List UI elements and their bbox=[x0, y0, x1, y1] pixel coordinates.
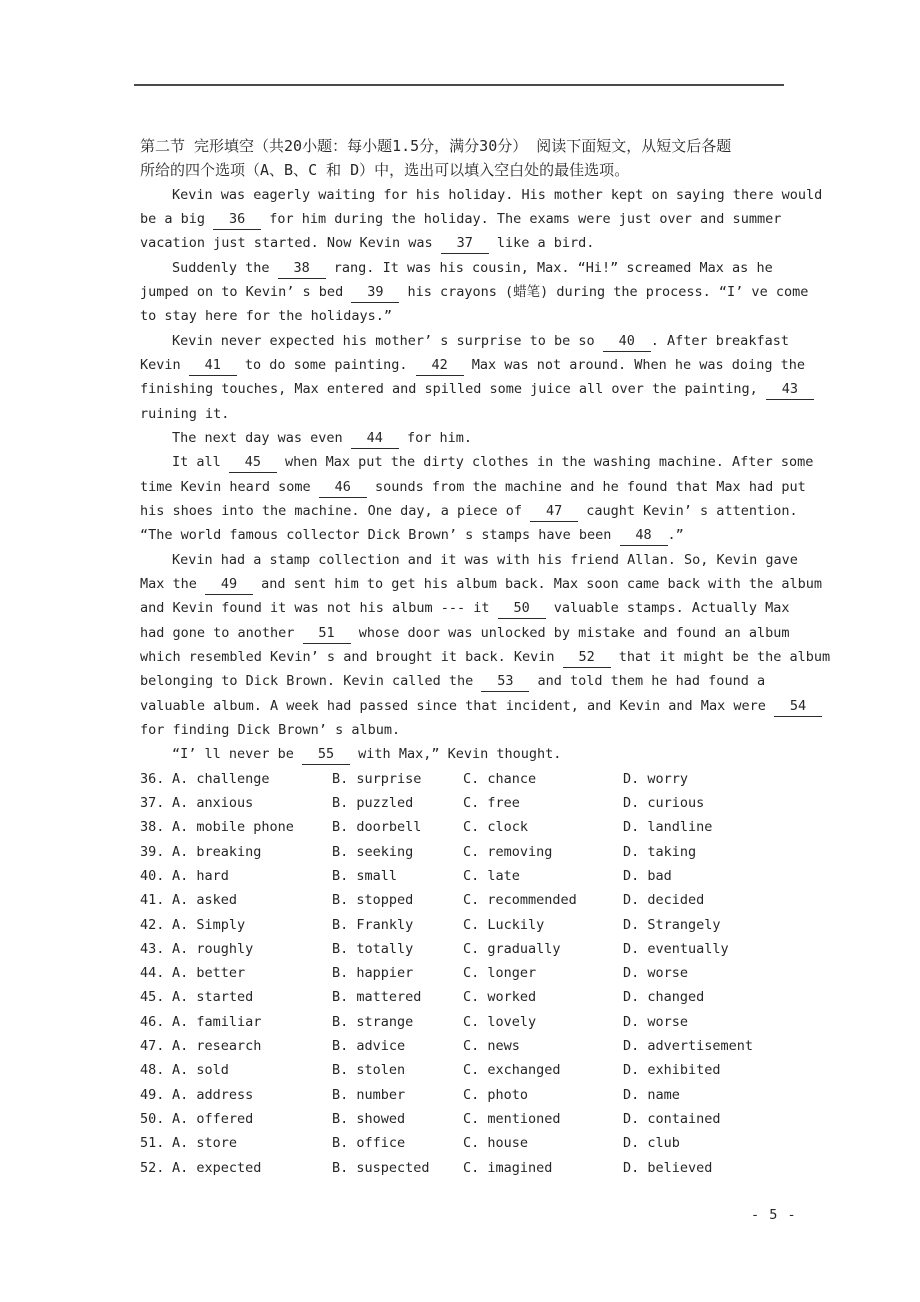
cloze-blank-55: 55 bbox=[302, 745, 350, 765]
choice-c: C. removing bbox=[463, 840, 623, 864]
choice-d: D. worse bbox=[623, 1010, 810, 1034]
choice-c: C. free bbox=[463, 791, 623, 815]
choice-b: B. strange bbox=[332, 1010, 463, 1034]
option-row-36: 36.A. challengeB. surpriseC. chanceD. wo… bbox=[140, 767, 810, 791]
choice-b: B. suspected bbox=[332, 1156, 463, 1180]
choice-b: B. Frankly bbox=[332, 913, 463, 937]
choice-b: B. small bbox=[332, 864, 463, 888]
cloze-blank-37: 37 bbox=[441, 234, 489, 254]
option-row-46: 46.A. familiarB. strangeC. lovelyD. wors… bbox=[140, 1010, 810, 1034]
passage-line: The next day was even 44 for him. bbox=[140, 426, 810, 450]
choice-b: B. stolen bbox=[332, 1058, 463, 1082]
cloze-blank-48: 48 bbox=[620, 526, 668, 546]
choice-d: D. curious bbox=[623, 791, 810, 815]
header-rule bbox=[134, 84, 784, 86]
passage-line: Kevin had a stamp collection and it was … bbox=[140, 548, 810, 572]
passage-line: for finding Dick Brown’ s album. bbox=[140, 718, 810, 742]
cloze-passage: Kevin was eagerly waiting for his holida… bbox=[140, 183, 810, 767]
choice-a: A. anxious bbox=[172, 791, 332, 815]
section-title-line1: 第二节 完形填空（共20小题：每小题1.5分，满分30分） 阅读下面短文，从短文… bbox=[140, 134, 810, 158]
passage-line: his shoes into the machine. One day, a p… bbox=[140, 499, 810, 523]
option-row-40: 40.A. hardB. smallC. lateD. bad bbox=[140, 864, 810, 888]
passage-line: Kevin never expected his mother’ s surpr… bbox=[140, 329, 810, 353]
option-row-39: 39.A. breakingB. seekingC. removingD. ta… bbox=[140, 840, 810, 864]
passage-line: Max the 49 and sent him to get his album… bbox=[140, 572, 810, 596]
question-number: 49. bbox=[140, 1083, 172, 1107]
choice-d: D. name bbox=[623, 1083, 810, 1107]
choice-a: A. research bbox=[172, 1034, 332, 1058]
options-list: 36.A. challengeB. surpriseC. chanceD. wo… bbox=[140, 767, 810, 1181]
cloze-blank-41: 41 bbox=[189, 356, 237, 376]
passage-line: time Kevin heard some 46 sounds from the… bbox=[140, 475, 810, 499]
option-row-48: 48.A. soldB. stolenC. exchangedD. exhibi… bbox=[140, 1058, 810, 1082]
choice-a: A. asked bbox=[172, 888, 332, 912]
choice-c: C. clock bbox=[463, 815, 623, 839]
question-number: 51. bbox=[140, 1131, 172, 1155]
passage-line: vacation just started. Now Kevin was 37 … bbox=[140, 231, 810, 255]
passage-line: ruining it. bbox=[140, 402, 810, 426]
choice-a: A. roughly bbox=[172, 937, 332, 961]
choice-d: D. believed bbox=[623, 1156, 810, 1180]
question-number: 40. bbox=[140, 864, 172, 888]
choice-c: C. gradually bbox=[463, 937, 623, 961]
choice-c: C. longer bbox=[463, 961, 623, 985]
passage-line: which resembled Kevin’ s and brought it … bbox=[140, 645, 810, 669]
question-number: 46. bbox=[140, 1010, 172, 1034]
option-row-43: 43.A. roughlyB. totallyC. graduallyD. ev… bbox=[140, 937, 810, 961]
choice-b: B. seeking bbox=[332, 840, 463, 864]
choice-d: D. contained bbox=[623, 1107, 810, 1131]
choice-b: B. surprise bbox=[332, 767, 463, 791]
choice-a: A. address bbox=[172, 1083, 332, 1107]
passage-line: Kevin was eagerly waiting for his holida… bbox=[140, 183, 810, 207]
choice-c: C. recommended bbox=[463, 888, 623, 912]
page-number: - 5 - bbox=[751, 1203, 797, 1227]
option-row-42: 42.A. SimplyB. FranklyC. LuckilyD. Stran… bbox=[140, 913, 810, 937]
choice-b: B. mattered bbox=[332, 985, 463, 1009]
choice-b: B. doorbell bbox=[332, 815, 463, 839]
cloze-blank-46: 46 bbox=[319, 478, 367, 498]
cloze-blank-51: 51 bbox=[303, 624, 351, 644]
choice-c: C. photo bbox=[463, 1083, 623, 1107]
option-row-38: 38.A. mobile phoneB. doorbellC. clockD. … bbox=[140, 815, 810, 839]
passage-line: be a big 36 for him during the holiday. … bbox=[140, 207, 810, 231]
question-number: 52. bbox=[140, 1156, 172, 1180]
choice-d: D. club bbox=[623, 1131, 810, 1155]
cloze-blank-54: 54 bbox=[774, 697, 822, 717]
choice-b: B. showed bbox=[332, 1107, 463, 1131]
choice-d: D. worry bbox=[623, 767, 810, 791]
passage-line: valuable album. A week had passed since … bbox=[140, 694, 810, 718]
page-content: 第二节 完形填空（共20小题：每小题1.5分，满分30分） 阅读下面短文，从短文… bbox=[140, 134, 810, 1180]
choice-d: D. taking bbox=[623, 840, 810, 864]
option-row-47: 47.A. researchB. adviceC. newsD. adverti… bbox=[140, 1034, 810, 1058]
passage-line: had gone to another 51 whose door was un… bbox=[140, 621, 810, 645]
section-title-line2: 所给的四个选项（A、B、C 和 D）中，选出可以填入空白处的最佳选项。 bbox=[140, 158, 810, 182]
choice-a: A. challenge bbox=[172, 767, 332, 791]
cloze-blank-50: 50 bbox=[498, 599, 546, 619]
choice-d: D. Strangely bbox=[623, 913, 810, 937]
choice-c: C. exchanged bbox=[463, 1058, 623, 1082]
cloze-blank-44: 44 bbox=[351, 429, 399, 449]
question-number: 44. bbox=[140, 961, 172, 985]
cloze-blank-49: 49 bbox=[205, 575, 253, 595]
cloze-blank-47: 47 bbox=[530, 502, 578, 522]
passage-line: Suddenly the 38 rang. It was his cousin,… bbox=[140, 256, 810, 280]
passage-line: and Kevin found it was not his album ---… bbox=[140, 596, 810, 620]
cloze-blank-53: 53 bbox=[481, 672, 529, 692]
question-number: 45. bbox=[140, 985, 172, 1009]
choice-a: A. better bbox=[172, 961, 332, 985]
choice-d: D. exhibited bbox=[623, 1058, 810, 1082]
option-row-44: 44.A. betterB. happierC. longerD. worse bbox=[140, 961, 810, 985]
option-row-51: 51.A. storeB. officeC. houseD. club bbox=[140, 1131, 810, 1155]
choice-b: B. totally bbox=[332, 937, 463, 961]
option-row-49: 49.A. addressB. numberC. photoD. name bbox=[140, 1083, 810, 1107]
section-header: 第二节 完形填空（共20小题：每小题1.5分，满分30分） 阅读下面短文，从短文… bbox=[140, 134, 810, 183]
choice-d: D. landline bbox=[623, 815, 810, 839]
passage-line: finishing touches, Max entered and spill… bbox=[140, 377, 810, 401]
choice-b: B. number bbox=[332, 1083, 463, 1107]
passage-line: Kevin 41 to do some painting. 42 Max was… bbox=[140, 353, 810, 377]
option-row-50: 50.A. offeredB. showedC. mentionedD. con… bbox=[140, 1107, 810, 1131]
cloze-blank-52: 52 bbox=[563, 648, 611, 668]
choice-b: B. office bbox=[332, 1131, 463, 1155]
choice-a: A. mobile phone bbox=[172, 815, 332, 839]
question-number: 41. bbox=[140, 888, 172, 912]
choice-c: C. lovely bbox=[463, 1010, 623, 1034]
choice-a: A. familiar bbox=[172, 1010, 332, 1034]
cloze-blank-36: 36 bbox=[213, 210, 261, 230]
question-number: 37. bbox=[140, 791, 172, 815]
choice-c: C. late bbox=[463, 864, 623, 888]
cloze-blank-45: 45 bbox=[229, 453, 277, 473]
document-page: 第二节 完形填空（共20小题：每小题1.5分，满分30分） 阅读下面短文，从短文… bbox=[0, 0, 920, 1302]
choice-a: A. hard bbox=[172, 864, 332, 888]
passage-line: “I’ ll never be 55 with Max,” Kevin thou… bbox=[140, 742, 810, 766]
choice-a: A. breaking bbox=[172, 840, 332, 864]
question-number: 36. bbox=[140, 767, 172, 791]
option-row-37: 37.A. anxiousB. puzzledC. freeD. curious bbox=[140, 791, 810, 815]
choice-a: A. Simply bbox=[172, 913, 332, 937]
choice-c: C. chance bbox=[463, 767, 623, 791]
choice-c: C. news bbox=[463, 1034, 623, 1058]
choice-c: C. imagined bbox=[463, 1156, 623, 1180]
cloze-blank-43: 43 bbox=[766, 380, 814, 400]
choice-c: C. mentioned bbox=[463, 1107, 623, 1131]
option-row-41: 41.A. askedB. stoppedC. recommendedD. de… bbox=[140, 888, 810, 912]
choice-c: C. house bbox=[463, 1131, 623, 1155]
passage-line: It all 45 when Max put the dirty clothes… bbox=[140, 450, 810, 474]
choice-a: A. store bbox=[172, 1131, 332, 1155]
cloze-blank-40: 40 bbox=[603, 332, 651, 352]
choice-b: B. advice bbox=[332, 1034, 463, 1058]
choice-d: D. changed bbox=[623, 985, 810, 1009]
choice-b: B. happier bbox=[332, 961, 463, 985]
choice-a: A. started bbox=[172, 985, 332, 1009]
passage-line: to stay here for the holidays.” bbox=[140, 304, 810, 328]
choice-b: B. puzzled bbox=[332, 791, 463, 815]
cloze-blank-42: 42 bbox=[416, 356, 464, 376]
question-number: 50. bbox=[140, 1107, 172, 1131]
passage-line: belonging to Dick Brown. Kevin called th… bbox=[140, 669, 810, 693]
question-number: 47. bbox=[140, 1034, 172, 1058]
choice-c: C. Luckily bbox=[463, 913, 623, 937]
cloze-blank-38: 38 bbox=[278, 259, 326, 279]
passage-line: “The world famous collector Dick Brown’ … bbox=[140, 523, 810, 547]
question-number: 43. bbox=[140, 937, 172, 961]
cloze-blank-39: 39 bbox=[351, 283, 399, 303]
choice-d: D. decided bbox=[623, 888, 810, 912]
passage-line: jumped on to Kevin’ s bed 39 his crayons… bbox=[140, 280, 810, 304]
choice-d: D. worse bbox=[623, 961, 810, 985]
option-row-52: 52.A. expectedB. suspectedC. imaginedD. … bbox=[140, 1156, 810, 1180]
question-number: 42. bbox=[140, 913, 172, 937]
choice-a: A. sold bbox=[172, 1058, 332, 1082]
choice-d: D. eventually bbox=[623, 937, 810, 961]
option-row-45: 45.A. startedB. matteredC. workedD. chan… bbox=[140, 985, 810, 1009]
choice-d: D. bad bbox=[623, 864, 810, 888]
question-number: 38. bbox=[140, 815, 172, 839]
choice-b: B. stopped bbox=[332, 888, 463, 912]
choice-a: A. offered bbox=[172, 1107, 332, 1131]
choice-a: A. expected bbox=[172, 1156, 332, 1180]
question-number: 39. bbox=[140, 840, 172, 864]
choice-d: D. advertisement bbox=[623, 1034, 810, 1058]
question-number: 48. bbox=[140, 1058, 172, 1082]
choice-c: C. worked bbox=[463, 985, 623, 1009]
